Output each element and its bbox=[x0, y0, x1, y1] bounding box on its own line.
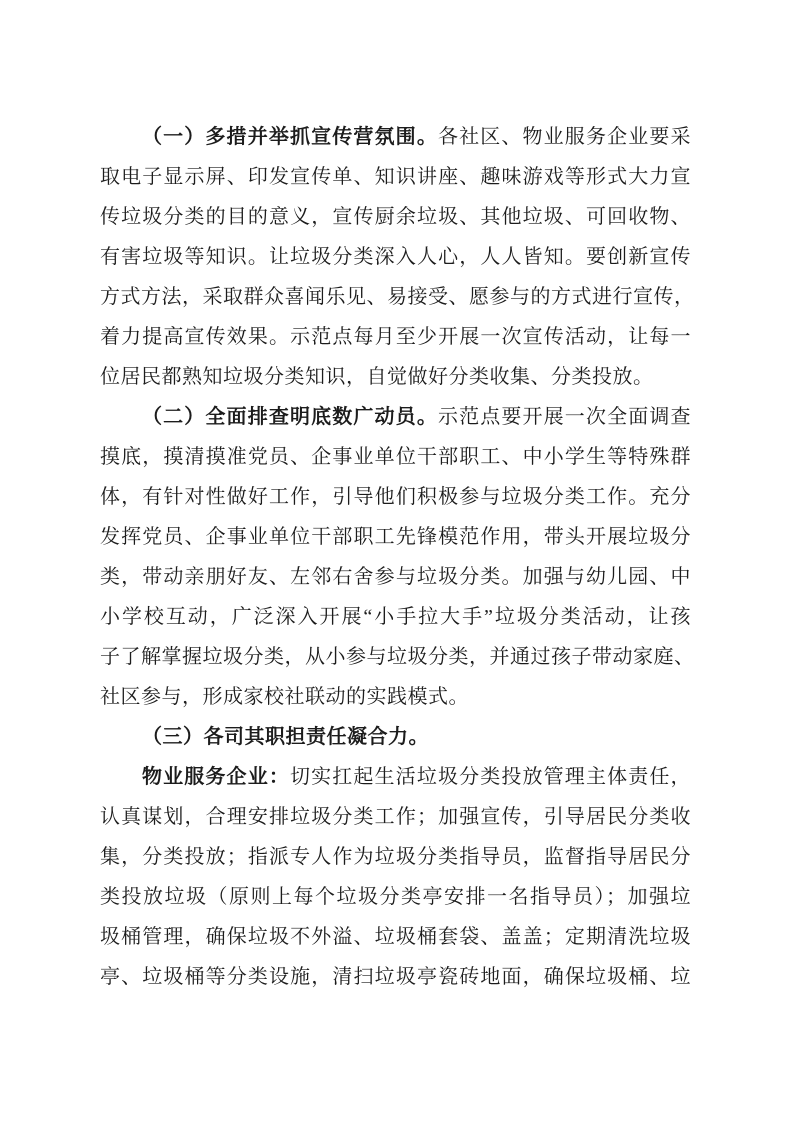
body-segment: 社区参与，形成家校社联动的实践模式。 bbox=[100, 686, 469, 708]
text-line: 方式方法，采取群众喜闻乐见、易接受、愿参与的方式进行宣传， bbox=[100, 277, 691, 317]
text-line: 体，有针对性做好工作，引导他们积极参与垃圾分类工作。充分 bbox=[100, 477, 691, 517]
body-segment: 小学校互动，广泛深入开展“小手拉大手”垃圾分类活动，让孩 bbox=[100, 606, 691, 628]
body-segment: 传垃圾分类的目的意义，宣传厨余垃圾、其他垃圾、可回收物、 bbox=[100, 206, 691, 228]
body-segment: 着力提高宣传效果。示范点每月至少开展一次宣传活动，让每一 bbox=[100, 326, 691, 348]
text-line: 认真谋划，合理安排垃圾分类工作；加强宣传，引导居民分类收 bbox=[100, 797, 691, 837]
text-line: 社区参与，形成家校社联动的实践模式。 bbox=[100, 677, 691, 717]
text-line: 物业服务企业：切实扛起生活垃圾分类投放管理主体责任， bbox=[100, 757, 691, 797]
body-segment: 摸底，摸清摸准党员、企事业单位干部职工、中小学生等特殊群 bbox=[100, 446, 691, 468]
body-segment: 各社区、物业服务企业要采 bbox=[438, 126, 691, 148]
body-segment: 类，带动亲朋好友、左邻右舍参与垃圾分类。加强与幼儿园、中 bbox=[100, 566, 691, 588]
text-line: （一）多措并举抓宣传营氛围。各社区、物业服务企业要采 bbox=[100, 117, 691, 157]
text-line: 发挥党员、企事业单位干部职工先锋模范作用，带头开展垃圾分 bbox=[100, 517, 691, 557]
text-line: 小学校互动，广泛深入开展“小手拉大手”垃圾分类活动，让孩 bbox=[100, 597, 691, 637]
text-block: （一）多措并举抓宣传营氛围。各社区、物业服务企业要采取电子显示屏、印发宣传单、知… bbox=[100, 117, 691, 997]
body-segment: 类投放垃圾（原则上每个垃圾分类亭安排一名指导员）；加强垃 bbox=[100, 886, 691, 908]
text-line: 着力提高宣传效果。示范点每月至少开展一次宣传活动，让每一 bbox=[100, 317, 691, 357]
text-line: 摸底，摸清摸准党员、企事业单位干部职工、中小学生等特殊群 bbox=[100, 437, 691, 477]
body-segment: 圾桶管理，确保垃圾不外溢、垃圾桶套袋、盖盖；定期清洗垃圾 bbox=[100, 926, 691, 948]
text-line: 集，分类投放；指派专人作为垃圾分类指导员，监督指导居民分 bbox=[100, 837, 691, 877]
document-page: （一）多措并举抓宣传营氛围。各社区、物业服务企业要采取电子显示屏、印发宣传单、知… bbox=[0, 0, 793, 1122]
text-line: 类，带动亲朋好友、左邻右舍参与垃圾分类。加强与幼儿园、中 bbox=[100, 557, 691, 597]
text-line: 有害垃圾等知识。让垃圾分类深入人心，人人皆知。要创新宣传 bbox=[100, 237, 691, 277]
body-segment: 取电子显示屏、印发宣传单、知识讲座、趣味游戏等形式大力宣 bbox=[100, 166, 691, 188]
text-line: 圾桶管理，确保垃圾不外溢、垃圾桶套袋、盖盖；定期清洗垃圾 bbox=[100, 917, 691, 957]
text-line: 子了解掌握垃圾分类，从小参与垃圾分类，并通过孩子带动家庭、 bbox=[100, 637, 691, 677]
text-line: 亭、垃圾桶等分类设施，清扫垃圾亭瓷砖地面，确保垃圾桶、垃 bbox=[100, 957, 691, 997]
body-segment: 方式方法，采取群众喜闻乐见、易接受、愿参与的方式进行宣传， bbox=[100, 286, 695, 308]
text-line: 取电子显示屏、印发宣传单、知识讲座、趣味游戏等形式大力宣 bbox=[100, 157, 691, 197]
body-segment: 位居民都熟知垃圾分类知识，自觉做好分类收集、分类投放。 bbox=[100, 366, 654, 388]
body-segment: 体，有针对性做好工作，引导他们积极参与垃圾分类工作。充分 bbox=[100, 486, 691, 508]
heading-segment: 物业服务企业： bbox=[142, 766, 290, 788]
text-line: 传垃圾分类的目的意义，宣传厨余垃圾、其他垃圾、可回收物、 bbox=[100, 197, 691, 237]
heading-segment: （二）全面排查明底数广动员。 bbox=[142, 406, 438, 428]
body-segment: 子了解掌握垃圾分类，从小参与垃圾分类，并通过孩子带动家庭、 bbox=[100, 646, 695, 668]
body-segment: 有害垃圾等知识。让垃圾分类深入人心，人人皆知。要创新宣传 bbox=[100, 246, 691, 268]
body-segment: 发挥党员、企事业单位干部职工先锋模范作用，带头开展垃圾分 bbox=[100, 526, 691, 548]
heading-segment: （一）多措并举抓宣传营氛围。 bbox=[142, 126, 438, 148]
body-segment: 示范点要开展一次全面调查 bbox=[438, 406, 691, 428]
heading-segment: （三）各司其职担责任凝合力。 bbox=[142, 726, 429, 748]
text-line: 类投放垃圾（原则上每个垃圾分类亭安排一名指导员）；加强垃 bbox=[100, 877, 691, 917]
text-line: （二）全面排查明底数广动员。示范点要开展一次全面调查 bbox=[100, 397, 691, 437]
body-segment: 切实扛起生活垃圾分类投放管理主体责任， bbox=[290, 766, 691, 788]
body-segment: 亭、垃圾桶等分类设施，清扫垃圾亭瓷砖地面，确保垃圾桶、垃 bbox=[100, 966, 691, 988]
body-segment: 集，分类投放；指派专人作为垃圾分类指导员，监督指导居民分 bbox=[100, 846, 691, 868]
text-line: 位居民都熟知垃圾分类知识，自觉做好分类收集、分类投放。 bbox=[100, 357, 691, 397]
text-line: （三）各司其职担责任凝合力。 bbox=[100, 717, 691, 757]
body-segment: 认真谋划，合理安排垃圾分类工作；加强宣传，引导居民分类收 bbox=[100, 806, 691, 828]
